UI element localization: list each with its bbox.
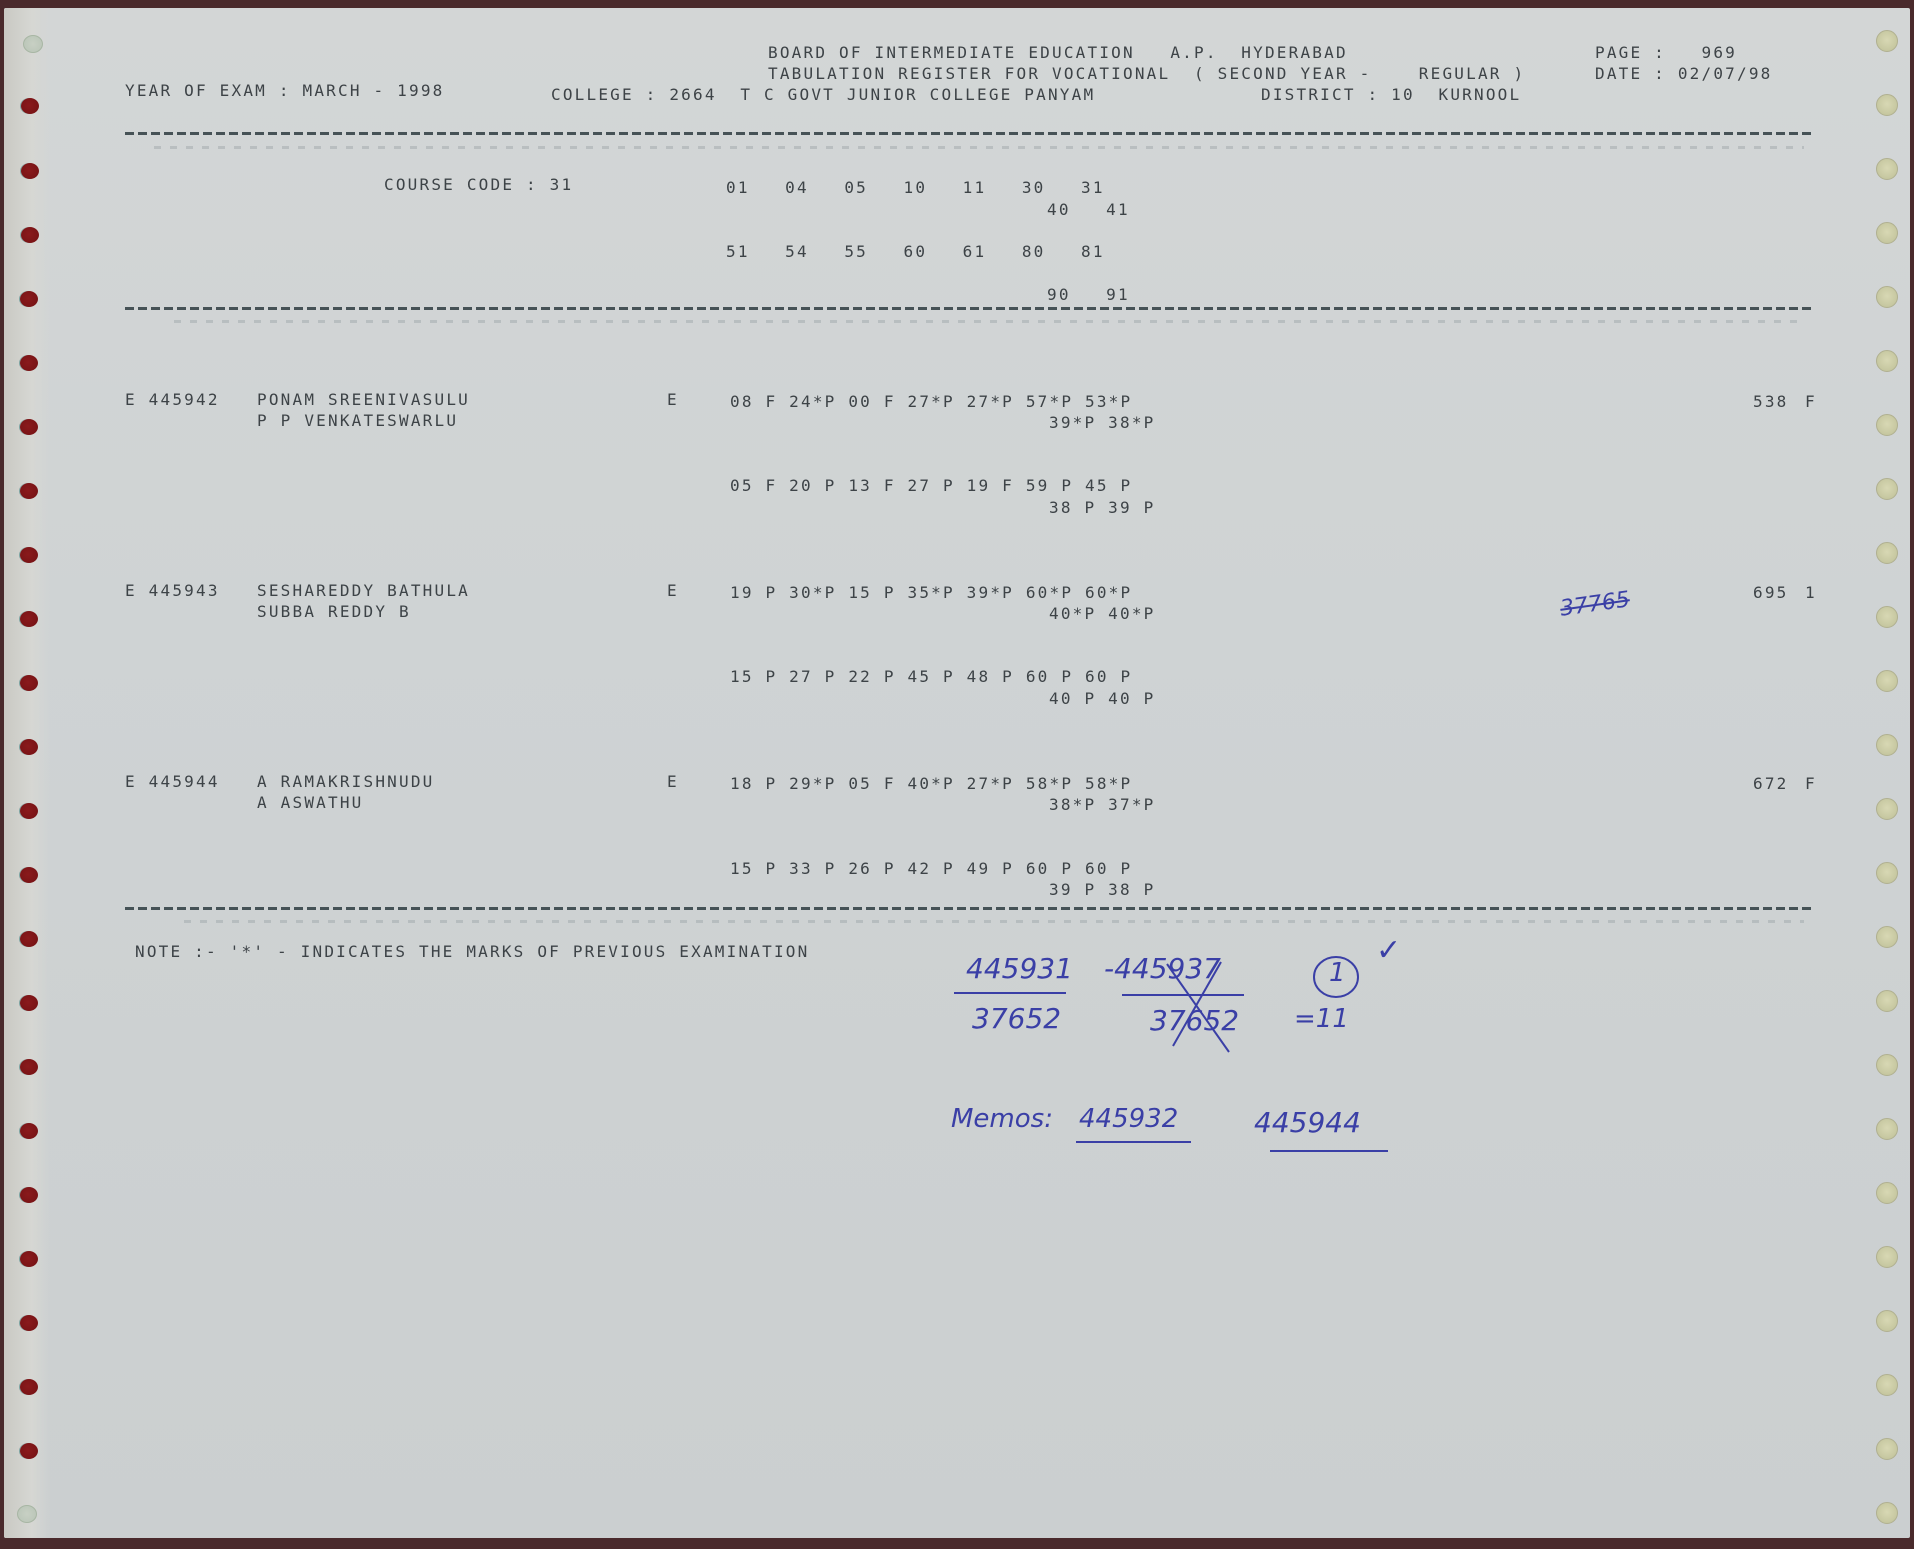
punch-hole-icon bbox=[1876, 222, 1898, 244]
punch-hole-icon bbox=[20, 291, 38, 307]
range-start-code: 37652 bbox=[972, 1002, 1061, 1035]
separator-shadow bbox=[184, 920, 1804, 923]
marks-first-year: 08 F 24*P 00 F 27*P 27*P 57*P 53*P bbox=[730, 392, 1132, 412]
punch-hole-icon bbox=[1876, 862, 1898, 884]
underline bbox=[1270, 1150, 1388, 1152]
punch-hole-icon bbox=[20, 547, 38, 563]
total-marks: 672 bbox=[1753, 774, 1789, 794]
punch-hole-icon bbox=[20, 995, 38, 1011]
subject-codes-row: 51 54 55 60 61 80 81 bbox=[726, 242, 1105, 262]
punch-hole-icon bbox=[1876, 1182, 1898, 1204]
punch-hole-icon bbox=[1876, 1310, 1898, 1332]
punch-hole-icon bbox=[20, 419, 38, 435]
marks-first-year: 40*P 40*P bbox=[1049, 604, 1156, 624]
memo-number: 445932 bbox=[1079, 1104, 1178, 1134]
check-mark-icon: ✓ bbox=[1376, 933, 1401, 968]
marks-second-year: 15 P 27 P 22 P 45 P 48 P 60 P 60 P bbox=[730, 667, 1132, 687]
student-name: A RAMAKRISHNUDU bbox=[257, 772, 435, 792]
result-status: F bbox=[1805, 392, 1817, 412]
punch-hole-icon bbox=[1876, 1502, 1898, 1524]
report-date: DATE : 02/07/98 bbox=[1595, 64, 1773, 84]
range-start-number: 445931 bbox=[966, 952, 1073, 985]
hall-ticket-number: E 445943 bbox=[125, 581, 220, 601]
memo-number: 445944 bbox=[1254, 1106, 1361, 1139]
separator-line bbox=[125, 307, 1815, 310]
punch-hole-icon bbox=[1876, 350, 1898, 372]
subject-codes-row: 90 91 bbox=[1047, 285, 1130, 305]
punch-hole-icon bbox=[20, 355, 38, 371]
handwritten-annotation: 37765 bbox=[1559, 587, 1632, 621]
punch-hole-icon bbox=[20, 867, 38, 883]
punch-hole-icon bbox=[23, 35, 43, 53]
punch-hole-icon bbox=[1876, 542, 1898, 564]
hall-ticket-number: E 445944 bbox=[125, 772, 220, 792]
hall-ticket-number: E 445942 bbox=[125, 390, 220, 410]
punch-hole-icon bbox=[1876, 478, 1898, 500]
punch-hole-icon bbox=[21, 163, 39, 179]
punch-hole-icon bbox=[20, 675, 38, 691]
subject-codes-row: 40 41 bbox=[1047, 200, 1130, 220]
punch-hole-icon bbox=[21, 227, 39, 243]
separator-shadow bbox=[174, 320, 1804, 323]
register-title: TABULATION REGISTER FOR VOCATIONAL ( SEC… bbox=[768, 64, 1525, 84]
father-name: A ASWATHU bbox=[257, 793, 364, 813]
punch-hole-icon bbox=[20, 739, 38, 755]
punch-hole-icon bbox=[1876, 158, 1898, 180]
memos-label: Memos: bbox=[951, 1104, 1053, 1134]
circled-number: 1 bbox=[1329, 958, 1346, 988]
marks-second-year: 05 F 20 P 13 F 27 P 19 F 59 P 45 P bbox=[730, 476, 1132, 496]
punch-hole-icon bbox=[20, 1059, 38, 1075]
punch-hole-icon bbox=[1876, 1246, 1898, 1268]
punch-hole-icon bbox=[20, 931, 38, 947]
separator-line bbox=[125, 132, 1815, 135]
page-number: PAGE : 969 bbox=[1595, 43, 1737, 63]
punch-hole-icon bbox=[1876, 94, 1898, 116]
punch-hole-icon bbox=[20, 1187, 38, 1203]
tabulation-register-sheet: BOARD OF INTERMEDIATE EDUCATION A.P. HYD… bbox=[4, 8, 1910, 1538]
board-title: BOARD OF INTERMEDIATE EDUCATION A.P. HYD… bbox=[768, 43, 1348, 63]
college-info: COLLEGE : 2664 T C GOVT JUNIOR COLLEGE P… bbox=[551, 85, 1095, 105]
father-name: SUBBA REDDY B bbox=[257, 602, 411, 622]
student-name: SESHAREDDY BATHULA bbox=[257, 581, 470, 601]
punch-hole-icon bbox=[1876, 926, 1898, 948]
father-name: P P VENKATESWARLU bbox=[257, 411, 458, 431]
punch-hole-icon bbox=[1876, 606, 1898, 628]
result-status: F bbox=[1805, 774, 1817, 794]
punch-hole-icon bbox=[1876, 670, 1898, 692]
footnote: NOTE :- '*' - INDICATES THE MARKS OF PRE… bbox=[135, 942, 809, 962]
punch-hole-icon bbox=[1876, 734, 1898, 756]
punch-hole-icon bbox=[1876, 990, 1898, 1012]
punch-hole-icon bbox=[1876, 1118, 1898, 1140]
punch-hole-icon bbox=[20, 1315, 38, 1331]
punch-hole-icon bbox=[21, 98, 39, 114]
marks-second-year: 40 P 40 P bbox=[1049, 689, 1156, 709]
fraction-bar bbox=[954, 992, 1066, 994]
total-marks: 538 bbox=[1753, 392, 1789, 412]
marks-first-year: 38*P 37*P bbox=[1049, 795, 1156, 815]
punch-hole-icon bbox=[20, 1123, 38, 1139]
punch-hole-icon bbox=[1876, 1374, 1898, 1396]
medium: E bbox=[667, 390, 679, 410]
subject-codes-row: 01 04 05 10 11 30 31 bbox=[726, 178, 1105, 198]
difference-result: =11 bbox=[1294, 1004, 1349, 1034]
marks-second-year: 15 P 33 P 26 P 42 P 49 P 60 P 60 P bbox=[730, 859, 1132, 879]
marks-first-year: 39*P 38*P bbox=[1049, 413, 1156, 433]
marks-first-year: 18 P 29*P 05 F 40*P 27*P 58*P 58*P bbox=[730, 774, 1132, 794]
underline bbox=[1076, 1141, 1191, 1143]
punch-hole-icon bbox=[20, 803, 38, 819]
marks-second-year: 38 P 39 P bbox=[1049, 498, 1156, 518]
punch-hole-icon bbox=[17, 1505, 37, 1523]
marks-first-year: 19 P 30*P 15 P 35*P 39*P 60*P 60*P bbox=[730, 583, 1132, 603]
year-of-exam: YEAR OF EXAM : MARCH - 1998 bbox=[125, 81, 445, 101]
district-info: DISTRICT : 10 KURNOOL bbox=[1261, 85, 1521, 105]
punch-hole-icon bbox=[20, 611, 38, 627]
punch-hole-icon bbox=[20, 1443, 38, 1459]
course-code-label: COURSE CODE : 31 bbox=[384, 175, 573, 195]
separator-line bbox=[125, 907, 1815, 910]
separator-shadow bbox=[154, 146, 1804, 149]
medium: E bbox=[667, 581, 679, 601]
punch-hole-icon bbox=[1876, 798, 1898, 820]
punch-hole-icon bbox=[1876, 414, 1898, 436]
medium: E bbox=[667, 772, 679, 792]
punch-hole-icon bbox=[1876, 1054, 1898, 1076]
punch-hole-icon bbox=[1876, 1438, 1898, 1460]
punch-hole-icon bbox=[1876, 286, 1898, 308]
punch-hole-icon bbox=[20, 1251, 38, 1267]
cross-out-icon bbox=[1159, 956, 1239, 1056]
punch-hole-icon bbox=[1876, 30, 1898, 52]
result-status: 1 bbox=[1805, 583, 1817, 603]
student-name: PONAM SREENIVASULU bbox=[257, 390, 470, 410]
punch-hole-icon bbox=[20, 483, 38, 499]
punch-hole-icon bbox=[20, 1379, 38, 1395]
marks-second-year: 39 P 38 P bbox=[1049, 880, 1156, 900]
total-marks: 695 bbox=[1753, 583, 1789, 603]
